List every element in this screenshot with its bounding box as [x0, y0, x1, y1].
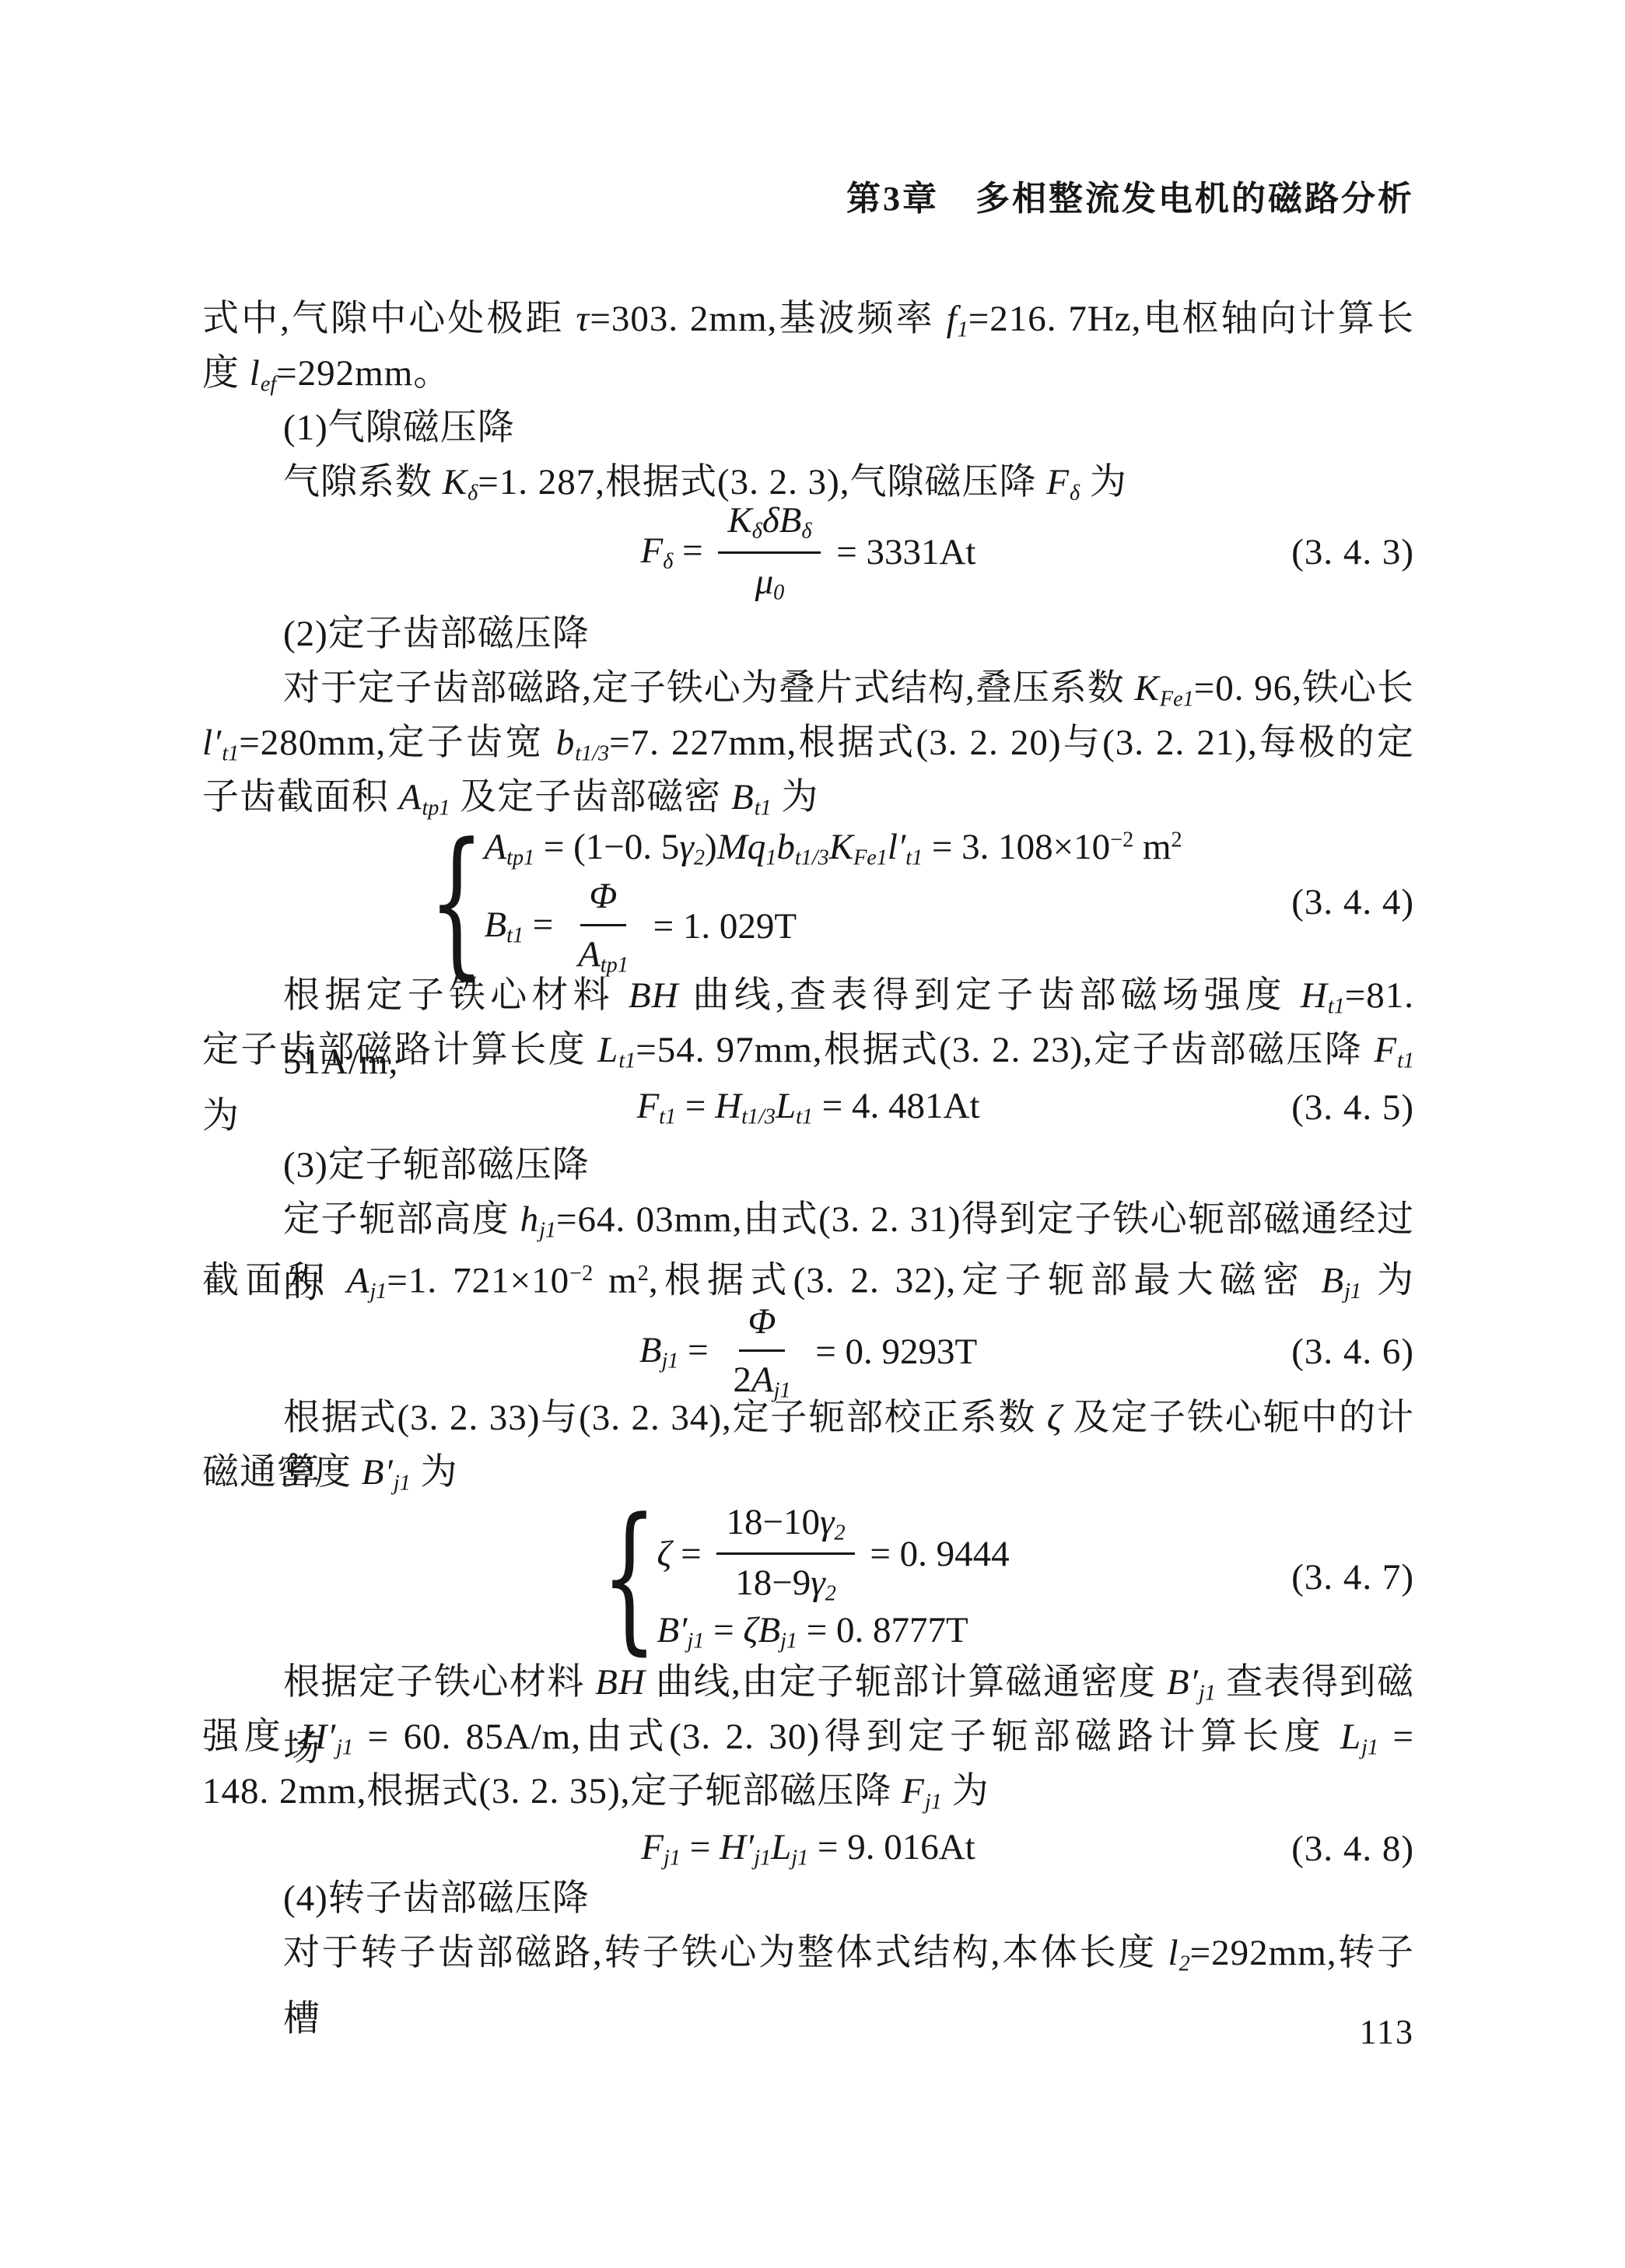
- equation-body: Fj1 = H′j1Lj1 = 9. 016At: [641, 1820, 975, 1878]
- fraction: 18−10γ218−9γ2: [716, 1501, 854, 1607]
- page-content: 第3章 多相整流发电机的磁路分析 式中,气隙中心处极距 τ=303. 2mm,基…: [202, 0, 1414, 2056]
- equation-3-4-6: Bj1 = Φ2Aj1 = 0. 9293T(3. 4. 6): [202, 1293, 1414, 1410]
- equation-3-4-3: Fδ = KδδBδμ0 = 3331At(3. 4. 3): [202, 498, 1414, 607]
- equation-row: Bj1 = Φ2Aj1 = 0. 9293T: [639, 1300, 978, 1404]
- equation-3-4-8: Fj1 = H′j1Lj1 = 9. 016At(3. 4. 8): [202, 1820, 1414, 1878]
- body-line: 根据定子铁心材料 BH 曲线,由定子轭部计算磁通密度 B′j1 查表得到磁场: [202, 1655, 1414, 1710]
- equation-row: Ft1 = Ht1/3Lt1 = 4. 481At: [636, 1085, 979, 1130]
- equation-body: Fδ = KδδBδμ0 = 3331At: [641, 498, 976, 607]
- equation-3-4-5: Ft1 = Ht1/3Lt1 = 4. 481At(3. 4. 5): [202, 1079, 1414, 1136]
- equation-row: ζ = 18−10γ218−9γ2 = 0. 9444: [657, 1501, 1009, 1607]
- equation-body: Ft1 = Ht1/3Lt1 = 4. 481At: [636, 1079, 979, 1136]
- equation-number: (3. 4. 5): [1291, 1087, 1414, 1129]
- body-line: 定子齿部磁路计算长度 Lt1=54. 97mm,根据式(3. 2. 23),定子…: [202, 1023, 1414, 1077]
- equation-3-4-7: {ζ = 18−10γ218−9γ2 = 0. 9444B′j1 = ζBj1 …: [202, 1500, 1414, 1655]
- body-line: 148. 2mm,根据式(3. 2. 35),定子轭部磁压降 Fj1 为: [202, 1764, 1414, 1818]
- section-heading-3: (3)定子轭部磁压降: [202, 1138, 1414, 1192]
- equation-brace: {: [444, 824, 469, 980]
- equation-number: (3. 4. 4): [1291, 881, 1414, 923]
- section-heading-4: (4)转子齿部磁压降: [202, 1871, 1414, 1926]
- body-line: 磁通密度 B′j1 为: [202, 1445, 1414, 1500]
- equation-number: (3. 4. 7): [1291, 1556, 1414, 1598]
- section-heading-1: (1)气隙磁压降: [202, 401, 1414, 455]
- section-heading-2: (2)定子齿部磁压降: [202, 607, 1414, 661]
- equation-row: Bt1 = ΦAtp1 = 1. 029T: [484, 875, 797, 978]
- fraction: ΦAtp1: [569, 875, 638, 978]
- body-line: 式中,气隙中心处极距 τ=303. 2mm,基波频率 f1=216. 7Hz,电…: [202, 292, 1414, 346]
- page-number: 113: [202, 2008, 1414, 2056]
- equation-number: (3. 4. 3): [1291, 531, 1414, 573]
- body-line: l′t1=280mm,定子齿宽 bt1/3=7. 227mm,根据式(3. 2.…: [202, 716, 1414, 770]
- fraction: KδδBδμ0: [718, 499, 821, 605]
- body-line: 对于定子齿部磁路,定子铁心为叠片式结构,叠压系数 KFe1=0. 96,铁心长: [202, 661, 1414, 716]
- equation-row: Atp1 = (1−0. 5γ2)Mq1bt1/3KFe1l′t1 = 3. 1…: [484, 826, 1182, 871]
- equation-row: Fj1 = H′j1Lj1 = 9. 016At: [641, 1826, 975, 1871]
- equation-body: Bj1 = Φ2Aj1 = 0. 9293T: [639, 1293, 978, 1410]
- body-line: 定子轭部高度 hj1=64. 03mm,由式(3. 2. 31)得到定子铁心轭部…: [202, 1192, 1414, 1247]
- equation-number: (3. 4. 6): [1291, 1331, 1414, 1373]
- equation-body: {ζ = 18−10γ218−9γ2 = 0. 9444B′j1 = ζBj1 …: [607, 1500, 1009, 1655]
- equation-row: B′j1 = ζBj1 = 0. 8777T: [657, 1609, 968, 1654]
- fraction: Φ2Aj1: [723, 1300, 800, 1404]
- body-line: 子齿截面积 Atp1 及定子齿部磁密 Bt1 为: [202, 770, 1414, 824]
- running-header: 第3章 多相整流发电机的磁路分析: [202, 175, 1414, 223]
- equation-brace: {: [617, 1500, 642, 1655]
- equation-number: (3. 4. 8): [1291, 1828, 1414, 1870]
- document-page: 第3章 多相整流发电机的磁路分析 式中,气隙中心处极距 τ=303. 2mm,基…: [0, 0, 1625, 2268]
- equation-body: {Atp1 = (1−0. 5γ2)Mq1bt1/3KFe1l′t1 = 3. …: [434, 824, 1182, 980]
- body-line: 度 lef=292mm。: [202, 346, 1414, 401]
- equation-3-4-4: {Atp1 = (1−0. 5γ2)Mq1bt1/3KFe1l′t1 = 3. …: [202, 824, 1414, 980]
- body-line: 强度 H′j1 = 60. 85A/m,由式(3. 2. 30)得到定子轭部磁路…: [202, 1710, 1414, 1764]
- body-line: 对于转子齿部磁路,转子铁心为整体式结构,本体长度 l2=292mm,转子槽: [202, 1926, 1414, 1980]
- equation-row: Fδ = KδδBδμ0 = 3331At: [641, 499, 976, 605]
